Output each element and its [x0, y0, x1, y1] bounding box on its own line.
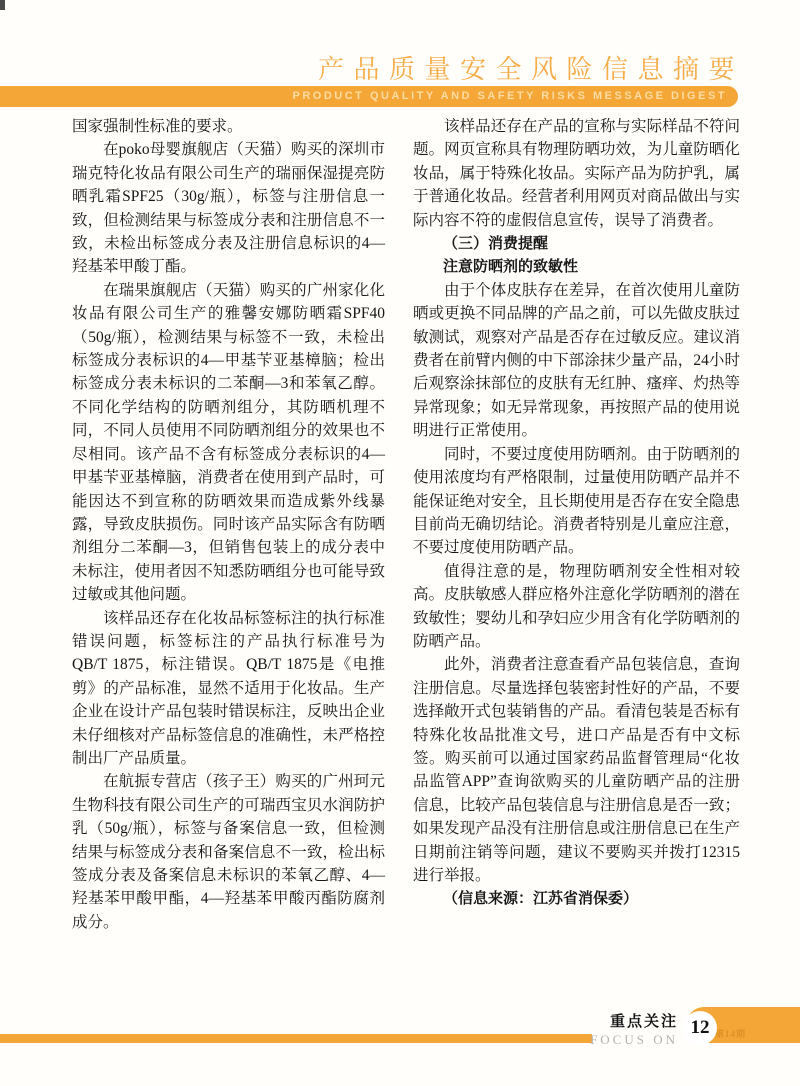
footer-section-cn: 重点关注 — [590, 1013, 678, 1032]
issue-label: 第14期 — [715, 1027, 746, 1040]
page-title: 产品质量安全风险信息摘要 — [318, 56, 744, 84]
body-paragraph: 在poko母婴旗舰店（天猫）购买的深圳市瑞克特化妆品有限公司生产的瑞丽保湿提亮防… — [72, 138, 385, 278]
body-paragraph: 由于个体皮肤存在差异，在首次使用儿童防晒或更换不同品牌的产品之前，可以先做皮肤过… — [413, 279, 740, 443]
page-number: 12 — [691, 1017, 710, 1039]
document-page: 产品质量安全风险信息摘要 PRODUCT QUALITY AND SAFETY … — [0, 0, 800, 1086]
section-heading: （三）消费提醒 — [413, 232, 740, 255]
body-paragraph: 国家强制性标准的要求。 — [72, 115, 385, 138]
body-paragraph: 该样品还存在化妆品标签标注的执行标准错误问题，标签标注的产品执行标准号为QB/T… — [72, 607, 385, 771]
sub-heading: 注意防晒剂的致敏性 — [413, 255, 740, 278]
header-accent-bar: PRODUCT QUALITY AND SAFETY RISKS MESSAGE… — [0, 86, 738, 107]
page-subtitle: PRODUCT QUALITY AND SAFETY RISKS MESSAGE… — [293, 86, 739, 107]
page-number-badge: 12 — [683, 1011, 717, 1045]
body-paragraph: 此外，消费者注意查看产品包装信息，查询注册信息。尽量选择包装密封性好的产品，不要… — [413, 653, 740, 887]
left-column: 国家强制性标准的要求。 在poko母婴旗舰店（天猫）购买的深圳市瑞克特化妆品有限… — [72, 115, 385, 934]
body-paragraph: 该样品还存在产品的宣称与实际样品不符问题。网页宣称具有物理防晒功效，为儿童防晒化… — [413, 115, 740, 232]
footer-rule — [0, 1034, 592, 1043]
print-corner-mark — [0, 0, 5, 10]
footer-section-en: FOCUS ON — [590, 1032, 678, 1047]
body-paragraph: 在航振专营店（孩子王）购买的广州珂元生物科技有限公司生产的可瑞西宝贝水润防护乳（… — [72, 770, 385, 934]
right-column: 该样品还存在产品的宣称与实际样品不符问题。网页宣称具有物理防晒功效，为儿童防晒化… — [413, 115, 740, 911]
body-paragraph: 在瑞果旗舰店（天猫）购买的广州家化化妆品有限公司生产的雅馨安娜防晒霜SPF40（… — [72, 279, 385, 607]
source-line: （信息来源：江苏省消保委） — [413, 887, 740, 910]
body-paragraph: 同时，不要过度使用防晒剂。由于防晒剂的使用浓度均有严格限制，过量使用防晒产品并不… — [413, 443, 740, 560]
body-paragraph: 值得注意的是，物理防晒剂安全性相对较高。皮肤敏感人群应格外注意化学防晒剂的潜在致… — [413, 560, 740, 654]
footer-section-label: 重点关注 FOCUS ON — [590, 1013, 678, 1047]
